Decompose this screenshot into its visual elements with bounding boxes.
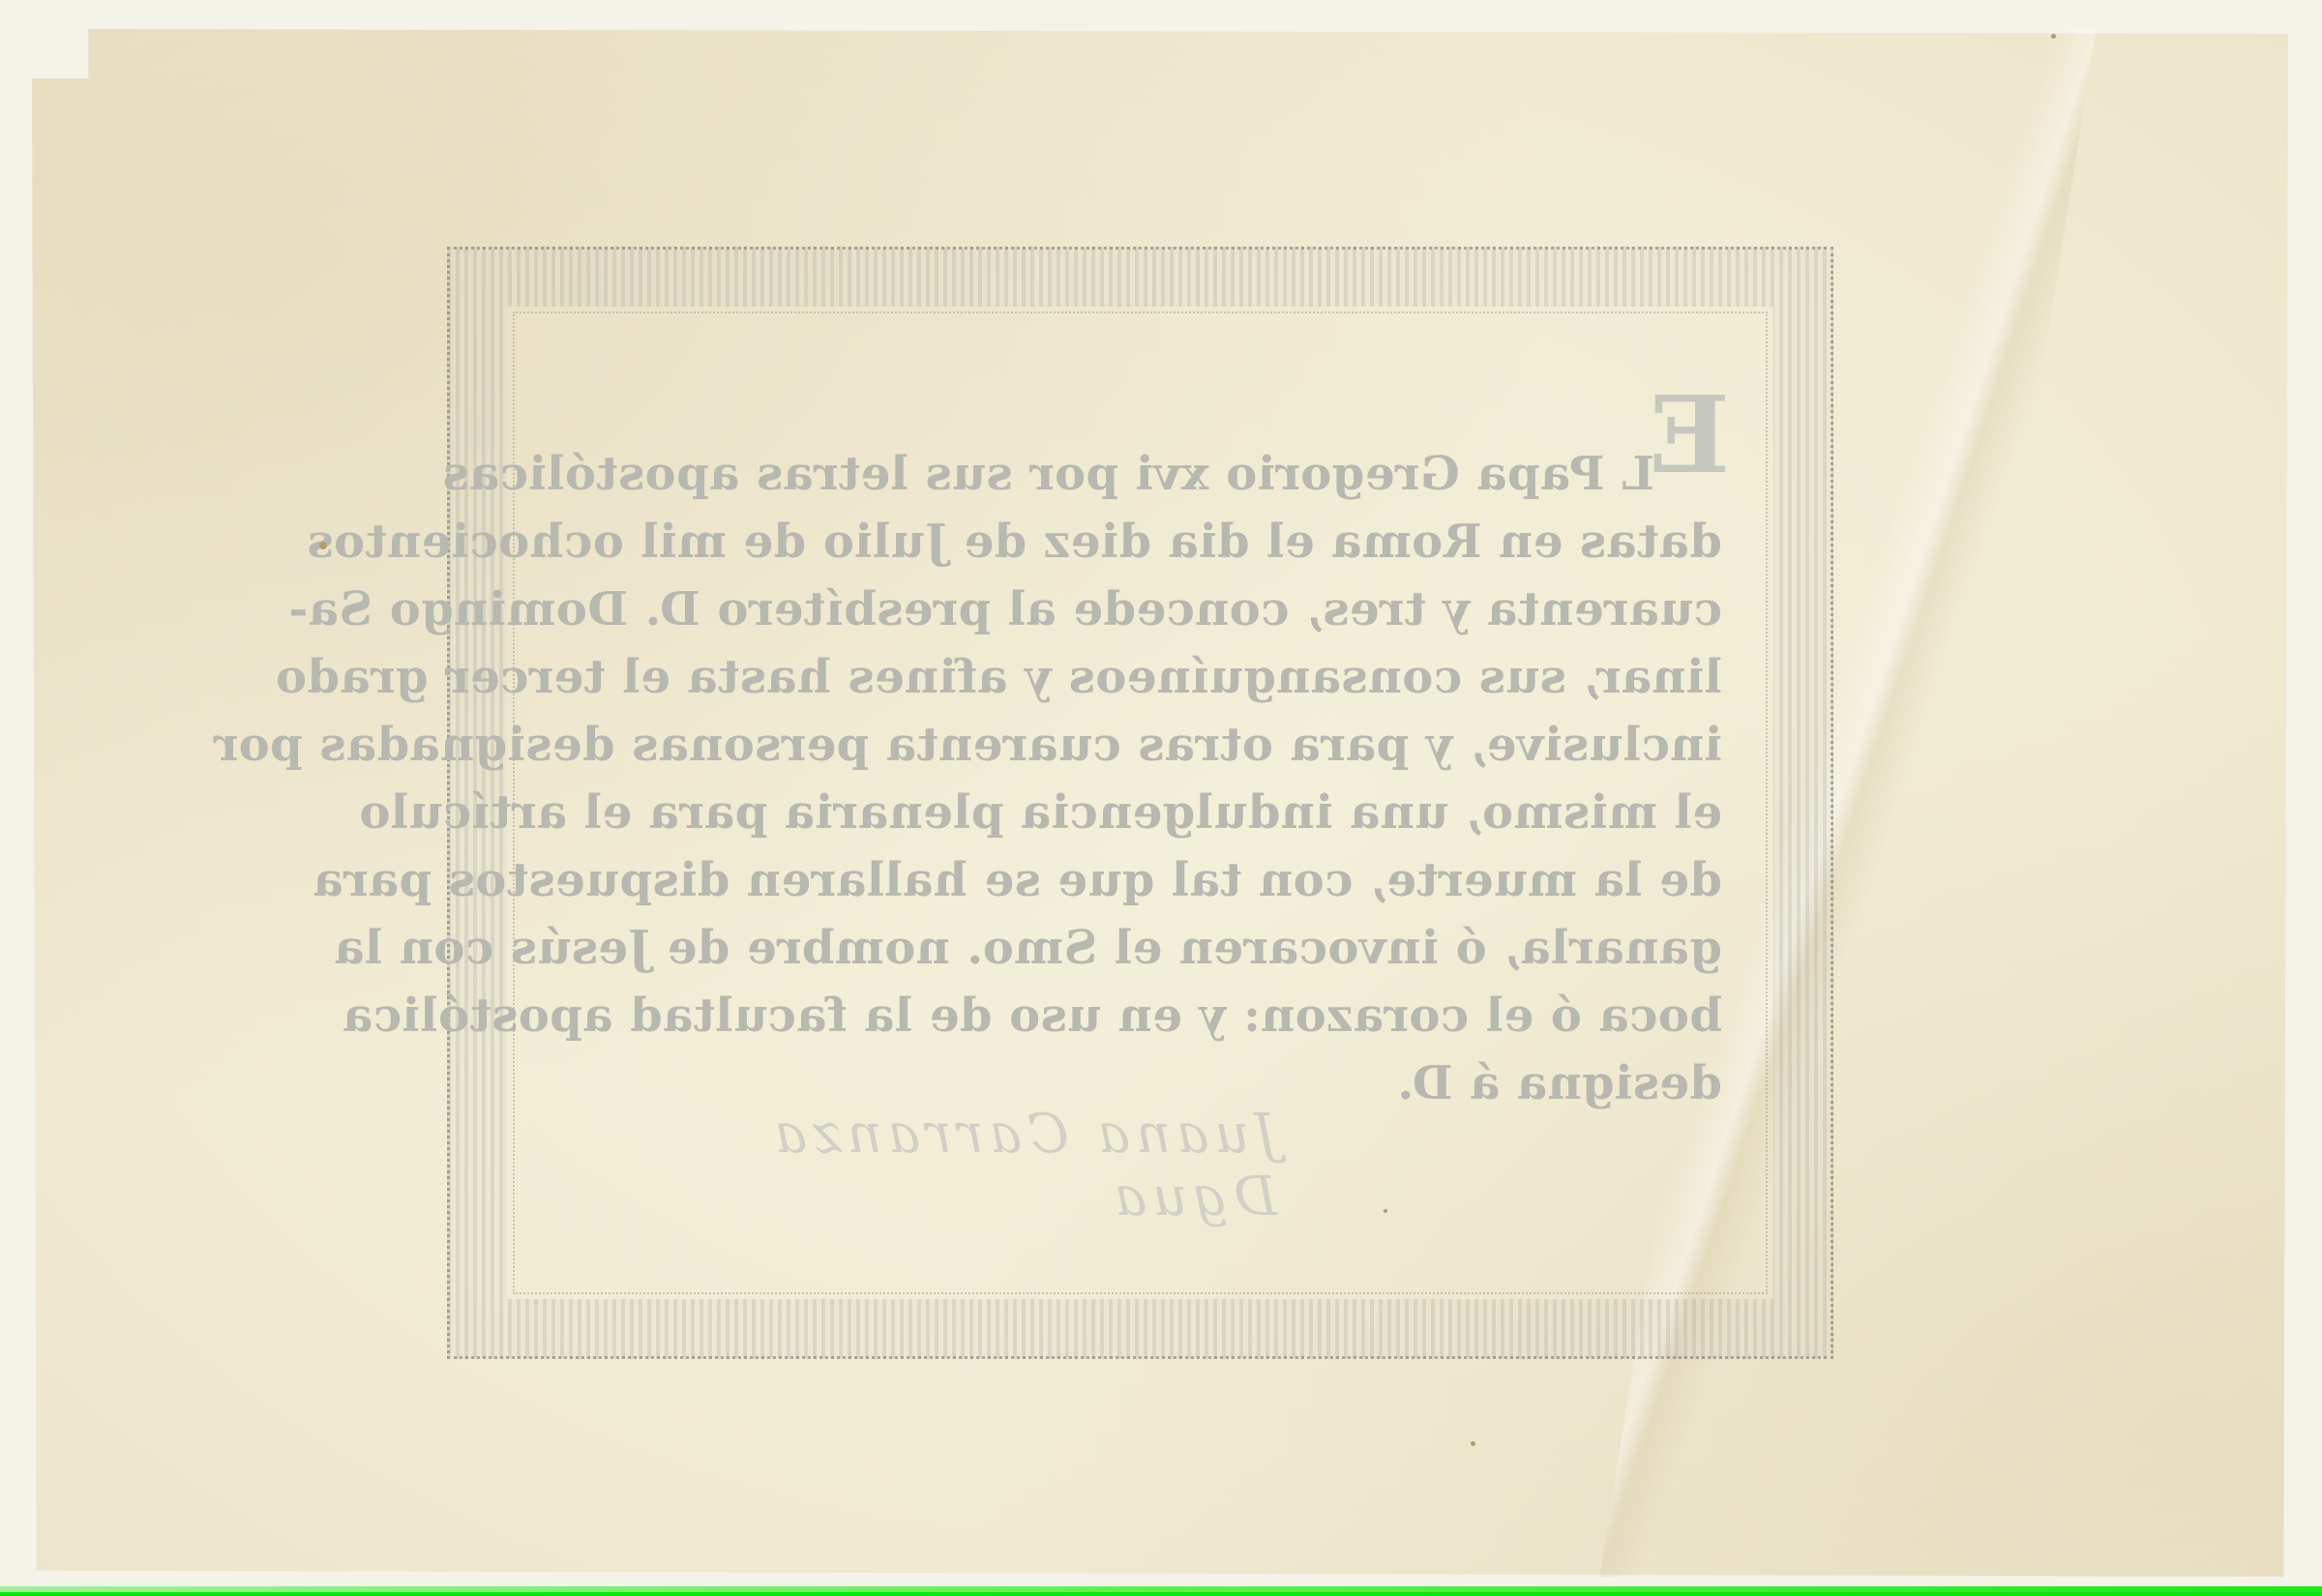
text-line: inclusive, y para otras cuarenta persona… <box>561 711 1722 779</box>
paper-speck <box>1471 1441 1475 1446</box>
text-line: L Papa Gregorio xvi por sus letras apost… <box>561 440 1722 508</box>
handwritten-signature: Juana Carranza Dgua <box>580 1103 1277 1228</box>
bottom-status-bar <box>0 1586 2322 1596</box>
text-line: datas en Roma el dia diez de Julio de mi… <box>561 508 1722 576</box>
paper-speck <box>1384 1209 1387 1213</box>
text-line: cuarenta y tres, concede al presbítero D… <box>561 576 1722 643</box>
text-line: linar, sus consanguíneos y afines hasta … <box>561 643 1722 711</box>
text-line: ganarla, ó invocaren el Smo. nombre de J… <box>561 914 1722 982</box>
drop-cap: E <box>1649 382 1730 488</box>
text-line: de la muerte, con tal que se hallaren di… <box>561 846 1722 914</box>
paper-speck <box>319 542 327 549</box>
text-line: el mismo, una indulgencia plenaria para … <box>561 779 1722 846</box>
text-line: boca ó el corazon: y en uso de la facult… <box>561 982 1722 1049</box>
paper-speck <box>2051 34 2056 39</box>
mirrored-printed-text: E L Papa Gregorio xvi por sus letras apo… <box>561 440 1722 1117</box>
